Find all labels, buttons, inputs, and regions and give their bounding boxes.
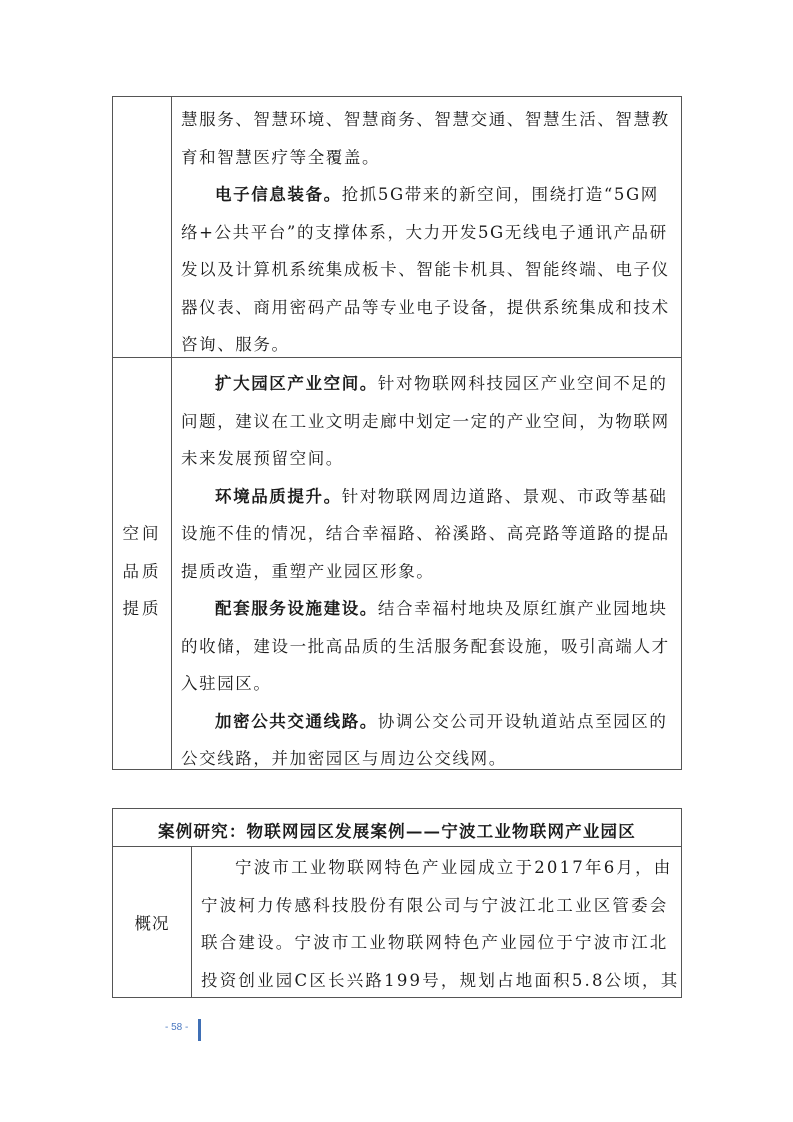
policy-table: 慧服务、智慧环境、智慧商务、智慧交通、智慧生活、智慧教 育和智慧医疗等全覆盖。 … [112, 96, 682, 770]
text-line: 器仪表、商用密码产品等专业电子设备，提供系统集成和技术 [181, 289, 670, 327]
bold-heading: 环境品质提升。 [215, 487, 342, 506]
text-line: 的收储，建设一批高品质的生活服务配套设施，吸引高端人才 [181, 628, 670, 666]
row1-content: 慧服务、智慧环境、智慧商务、智慧交通、智慧生活、智慧教 育和智慧医疗等全覆盖。 … [181, 101, 670, 364]
text-line: 未来发展预留空间。 [181, 440, 670, 478]
row2-label: 空间 品质 提质 [113, 515, 171, 628]
text-line: 宁波市工业物联网特色产业园成立于2017年6月，由 [201, 849, 679, 887]
overview-label: 概况 [113, 905, 191, 943]
text-line: 入驻园区。 [181, 665, 670, 703]
text-line: 扩大园区产业空间。针对物联网科技园区产业空间不足的 [181, 365, 670, 403]
page-number: - 58 - [165, 1022, 188, 1033]
column-divider [191, 846, 192, 997]
case-study-title: 案例研究：物联网园区发展案例——宁波工业物联网产业园区 [113, 818, 681, 842]
text-line: 设施不佳的情况，结合幸福路、裕溪路、高亮路等道路的提品 [181, 515, 670, 553]
text-line: 环境品质提升。针对物联网周边道路、景观、市政等基础 [181, 478, 670, 516]
bold-heading: 加密公共交通线路。 [215, 712, 378, 731]
text-line: 配套服务设施建设。结合幸福村地块及原红旗产业园地块 [181, 590, 670, 628]
text-line: 联合建设。宁波市工业物联网特色产业园位于宁波市江北 [201, 924, 679, 962]
bold-heading: 配套服务设施建设。 [215, 599, 378, 618]
text-line: 公交线路，并加密园区与周边公交线网。 [181, 740, 670, 778]
text-line: 络+公共平台”的支撑体系，大力开发5G无线电子通讯产品研 [181, 214, 670, 252]
bold-heading: 电子信息装备。 [215, 185, 342, 204]
page-marker-bar [198, 1019, 201, 1041]
text-line: 慧服务、智慧环境、智慧商务、智慧交通、智慧生活、智慧教 [181, 101, 670, 139]
text-line: 加密公共交通线路。协调公交公司开设轨道站点至园区的 [181, 703, 670, 741]
text-line: 发以及计算机系统集成板卡、智能卡机具、智能终端、电子仪 [181, 251, 670, 289]
text-line: 提质改造，重塑产业园区形象。 [181, 553, 670, 591]
overview-content: 宁波市工业物联网特色产业园成立于2017年6月，由 宁波柯力传感科技股份有限公司… [201, 849, 679, 999]
bold-heading: 扩大园区产业空间。 [215, 374, 378, 393]
text-line: 宁波柯力传感科技股份有限公司与宁波江北工业区管委会 [201, 887, 679, 925]
text-line: 咨询、服务。 [181, 326, 670, 364]
row2-content: 扩大园区产业空间。针对物联网科技园区产业空间不足的 问题，建议在工业文明走廊中划… [181, 365, 670, 778]
case-study-table: 案例研究：物联网园区发展案例——宁波工业物联网产业园区 概况 宁波市工业物联网特… [112, 808, 682, 998]
text-line: 投资创业园C区长兴路199号，规划占地面积5.8公顷，其 [201, 962, 679, 1000]
column-divider [171, 97, 172, 769]
text-line: 问题，建议在工业文明走廊中划定一定的产业空间，为物联网 [181, 403, 670, 441]
header-divider [113, 846, 681, 847]
text-line: 电子信息装备。抢抓5G带来的新空间，围绕打造“5G网 [181, 176, 670, 214]
text-line: 育和智慧医疗等全覆盖。 [181, 139, 670, 177]
